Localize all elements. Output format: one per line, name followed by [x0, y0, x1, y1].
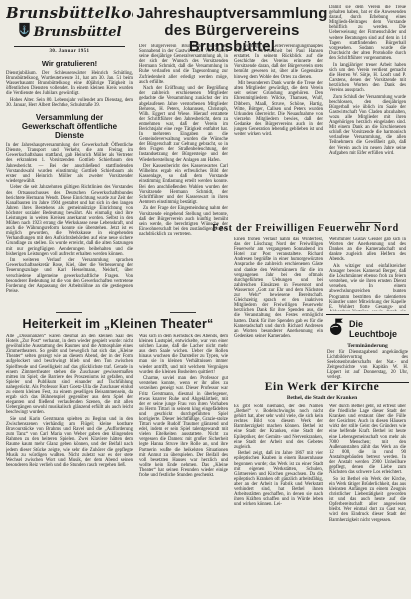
paragraph: Der Bürgerverein Brunsbüttel hielt am So…: [139, 44, 228, 85]
town-crest-icon: ⚓: [18, 22, 31, 43]
publication-title-line1: Brunsbüttelkoog: [6, 5, 133, 21]
paragraph: Wer durch Bethel geht, ist erfreut über …: [329, 404, 406, 475]
paragraph: Nach der Eröffnung und der Begrüßung der…: [139, 86, 228, 162]
leuchtboje-box: Die Leuchtboje Terminänderung Der für Di…: [326, 314, 409, 383]
divider-rule: [355, 222, 381, 223]
paragraph: Im weiteren Verlauf der Versammlung spra…: [6, 258, 133, 294]
divider-rule: [170, 312, 196, 313]
leuchtboje-text: Der für Dienstagabend angekündigte Licht…: [327, 350, 408, 381]
paragraph: Alle „Dissonanzen“ waren diesmal an den …: [6, 334, 133, 416]
leuchtboje-title: Die Leuchtboje: [349, 319, 408, 339]
section-heading-gewerkschaft: Versammlung der Gewerkschaft öffentliche…: [14, 113, 125, 140]
paragraph: In der Jahreshauptversammlung der Gewerk…: [6, 143, 133, 184]
paragraph: Bethel zeigt, daß im Jahre 1867 mit vier…: [234, 451, 323, 507]
paragraph: Der für Dienstagabend angekündigte Licht…: [327, 350, 408, 381]
column-3-feuerwehr: Einen frohen Verlauf nahm das Winterfest…: [234, 237, 323, 378]
feuerwehr-headline: Fest der Freiwilligen Feuerwehr Nord: [205, 223, 406, 234]
paragraph: Der Kassenbericht des Kassenwartes Carl …: [139, 164, 228, 205]
masthead: Brunsbüttelkoog ⚓ Brunsbüttel 30. Januar…: [6, 4, 133, 54]
paragraph: Als witziger und einfallsreicher Ansager…: [329, 264, 406, 311]
column-1-theater: Alle „Dissonanzen“ waren diesmal an den …: [6, 334, 133, 594]
column-3-kirche: Es gibt wohl niemand, der den Namen „Bet…: [234, 404, 323, 594]
paragraph: Was sich in dem Kernstück des Abends, de…: [139, 334, 228, 375]
paragraph: Einen frohen Verlauf nahm das Winterfest…: [234, 237, 323, 339]
column-4-kirche: Wer durch Bethel geht, ist erfreut über …: [329, 404, 406, 594]
paragraph: Dienstjubiläum. Der Schleusenwärter Hein…: [6, 71, 133, 96]
kirche-subtitle: Bethel, die Stadt der Kranken: [238, 395, 406, 401]
paragraph: Ueber die seit Jahrzehnten gültigen Rich…: [6, 185, 133, 256]
divider-rule: [56, 312, 82, 313]
column-1: Brunsbüttelkoog ⚓ Brunsbüttel 30. Januar…: [6, 4, 133, 316]
theater-headline: Heiterkeit im „Kleinen Theater“: [6, 317, 230, 331]
svg-text:⚓: ⚓: [19, 25, 29, 35]
column-4-buergerverein: Damit sie dem Verein die Treue gehalten …: [329, 5, 406, 218]
issue-date: 30. Januar 1951: [6, 49, 133, 54]
section-heading-gratulieren: Wir gratulieren!: [6, 59, 133, 68]
paragraph: Hohes Alter. Sein 80. Lebensjahr vollend…: [6, 98, 133, 108]
column-2-buergerverein: Der Bürgerverein Brunsbüttel hielt am So…: [139, 44, 228, 312]
paragraph: Es gibt wohl niemand, der den Namen „Bet…: [234, 404, 323, 450]
leuchtboje-subheading: Terminänderung: [327, 343, 408, 349]
gewerkschaft-text: In der Jahreshauptversammlung der Gewerk…: [6, 143, 133, 294]
publication-title-line2: Brunsbüttel: [34, 26, 122, 40]
paragraph: Mit besonderem Dank wurde die Treue der …: [234, 81, 323, 137]
paragraph: In langjähriger treuer Arbeit haben sich…: [329, 63, 406, 94]
paragraph: Zum Schluß der Versammlung wurde beschlo…: [329, 95, 406, 156]
paragraph: Ein Vortrag des Leitervereinigungshaupte…: [234, 44, 323, 80]
column-2-theater: Was sich in dem Kernstück des Abends, de…: [139, 334, 228, 594]
kirche-headline: Ein Werk der Kirche: [238, 381, 406, 393]
paragraph: So ist Bethel ein Werk der Kirche, ein W…: [329, 477, 406, 523]
gratulieren-text: Dienstjubiläum. Der Schleusenwärter Hein…: [6, 71, 133, 108]
column-4-feuerwehr: Wehrführer Gustav Geisler gab sich in Wo…: [329, 237, 406, 311]
column-3-buergerverein: Ein Vortrag des Leitervereinigungshaupte…: [234, 44, 323, 218]
kirche-headline-block: Ein Werk der Kirche Bethel, die Stadt de…: [238, 381, 406, 401]
newspaper-page: Brunsbüttelkoog ⚓ Brunsbüttel 30. Januar…: [0, 0, 411, 599]
paragraph: Damit sie dem Verein die Treue gehalten …: [329, 5, 406, 61]
paragraph: Sie und Karin Gerstmann spielten zu Begi…: [6, 417, 133, 468]
buoy-icon: [327, 317, 346, 341]
paragraph: Wehrführer Gustav Geisler gab sich in Wo…: [329, 237, 406, 262]
masthead-rule: [14, 46, 125, 47]
paragraph: Charme, soviel man den Professor gut ver…: [139, 376, 228, 478]
